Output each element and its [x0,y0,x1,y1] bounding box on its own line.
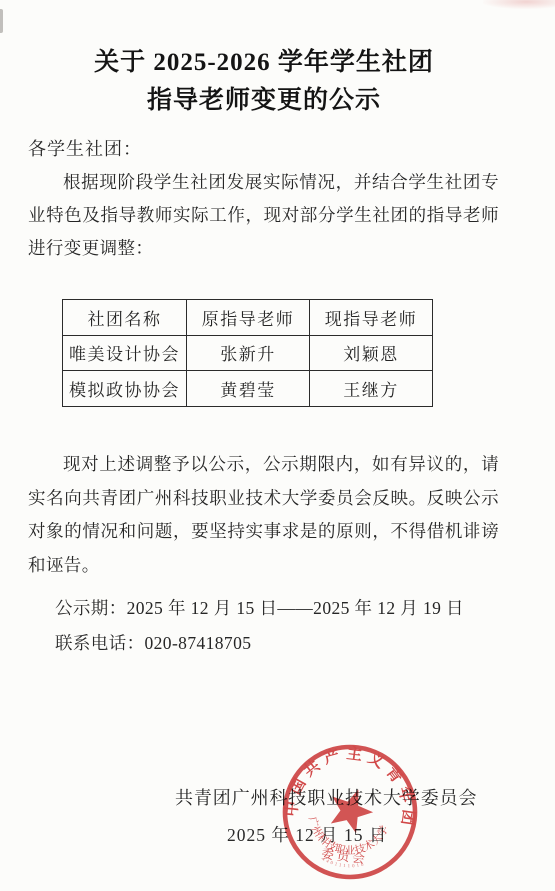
intro-line: 根据现阶段学生社团发展实际情况，并结合学生社团专 [28,166,499,199]
publicity-period-line: 公示期：2025 年 12 月 15 日——2025 年 12 月 19 日 [55,591,464,626]
seal-serial-textpath: 4401111010 [320,857,367,872]
scan-smudge-artifact [483,0,555,9]
contact-phone-line: 联系电话：020-87418705 [55,626,464,661]
notice-line: 对象的情况和问题，要坚持实事求是的原则，不得借机诽谤 [28,515,499,549]
seal-ring-icon [278,740,423,885]
header-former-advisor: 原指导老师 [187,300,310,336]
title-line-1: 关于 2025-2026 学年学生社团 [28,44,500,82]
notice-line: 实名向共青团广州科技职业技术大学委员会反映。反映公示 [28,482,499,516]
table-row: 模拟政协协会 黄碧莹 王继方 [63,371,433,407]
seal-committee-text: 委员会 [321,847,369,867]
table-header-row: 社团名称 原指导老师 现指导老师 [63,300,433,336]
document-title: 关于 2025-2026 学年学生社团 指导老师变更的公示 [28,44,500,120]
seal-serial-text: 4401111010 [320,857,367,872]
title-line-2: 指导老师变更的公示 [28,82,500,120]
scan-edge-mark [0,9,3,33]
notice-line: 和诬告。 [28,549,499,583]
cell-current-advisor: 王继方 [310,371,433,407]
intro-paragraph: 根据现阶段学生社团发展实际情况，并结合学生社团专 业特色及指导教师实际工作，现对… [28,166,499,265]
issue-date: 2025 年 12 月 15 日 [227,822,387,847]
advisor-change-table: 社团名称 原指导老师 现指导老师 唯美设计协会 张新升 刘颖恩 模拟政协协会 黄… [62,299,433,407]
intro-line: 业特色及指导教师实际工作，现对部分学生社团的指导老师 [28,199,499,232]
salutation: 各学生社团： [28,133,142,166]
notice-line: 现对上述调整予以公示，公示期限内，如有异议的，请 [28,448,499,482]
notice-paragraph: 现对上述调整予以公示，公示期限内，如有异议的，请 实名向共青团广州科技职业技术大… [28,448,499,582]
cell-former-advisor: 张新升 [187,335,310,371]
cell-current-advisor: 刘颖恩 [310,335,433,371]
cell-former-advisor: 黄碧莹 [187,371,310,407]
intro-line: 进行变更调整： [28,232,499,265]
header-club-name: 社团名称 [63,300,187,336]
scanned-notice-page: 关于 2025-2026 学年学生社团 指导老师变更的公示 各学生社团： 根据现… [0,0,555,891]
table-row: 唯美设计协会 张新升 刘颖恩 [63,335,433,371]
official-red-seal: 中国共产主义青年团 广州科技职业技术大学 委员会 4401111010 [272,734,428,890]
cell-club-name: 唯美设计协会 [63,335,187,371]
cell-club-name: 模拟政协协会 [63,371,187,407]
issuer-signature: 共青团广州科技职业技术大学委员会 [175,784,477,810]
header-current-advisor: 现指导老师 [310,300,433,336]
meta-info: 公示期：2025 年 12 月 15 日——2025 年 12 月 19 日 联… [55,591,464,661]
